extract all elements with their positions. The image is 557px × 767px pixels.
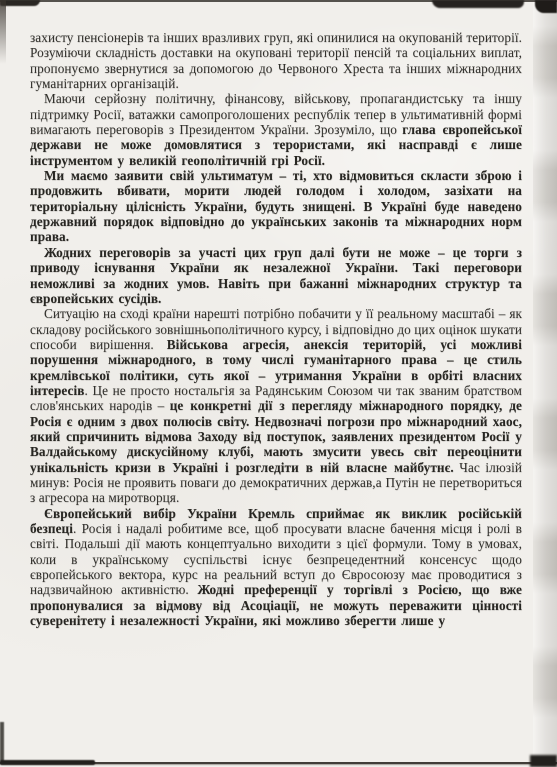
paragraph-5: Ситуацію на сході країни нарешті потрібн… [30, 306, 522, 505]
paragraph-1: захисту пенсіонерів та інших вразливих г… [30, 30, 522, 91]
paragraph-6: Європейський вибір України Кремль сприйм… [30, 506, 522, 629]
paragraph-2: Маючи серйозну політичну, фінансову, вій… [30, 91, 522, 168]
text-run: захисту пенсіонерів та інших вразливих г… [30, 30, 522, 91]
scan-mark-top-right [432, 0, 524, 8]
document-text: захисту пенсіонерів та інших вразливих г… [30, 30, 522, 628]
scan-edge-top-line [0, 0, 557, 2]
scanned-page: захисту пенсіонерів та інших вразливих г… [0, 0, 557, 767]
scan-mark-bottom-left [0, 760, 95, 765]
scan-shadow-right-edge [533, 0, 557, 767]
scan-mark-bottom-corner [530, 755, 557, 767]
text-run-bold: Жодних переговорів за участі цих груп да… [30, 245, 522, 306]
scan-mark-left-top [0, 0, 6, 64]
scan-edge-bottom-line [0, 762, 557, 764]
paragraph-3: Ми маємо заявити свій ультиматум – ті, х… [30, 168, 522, 245]
paragraph-4: Жодних переговорів за участі цих груп да… [30, 245, 522, 306]
scan-mark-left-bottom [0, 722, 4, 764]
scan-mark-top-left [0, 0, 40, 6]
text-run-bold: Ми маємо заявити свій ультиматум – ті, х… [30, 168, 522, 244]
scan-mark-top-corner [535, 0, 557, 13]
